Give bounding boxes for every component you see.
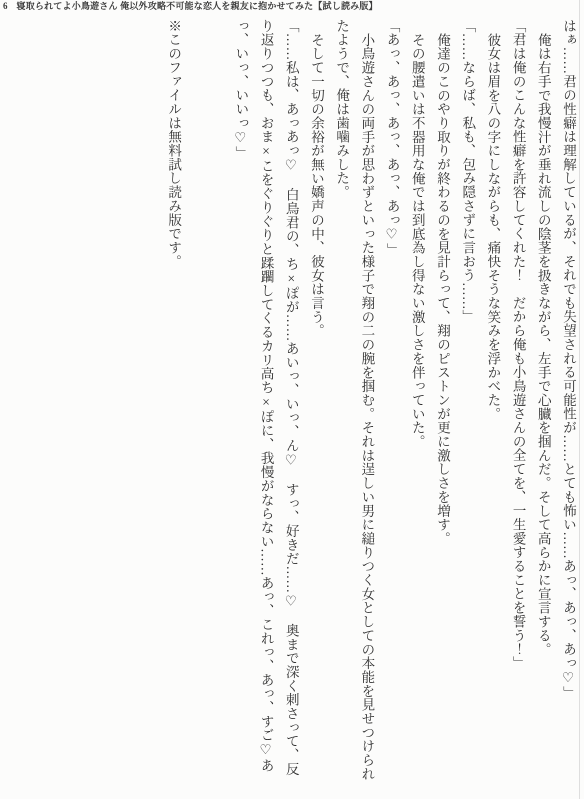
paragraph-line: 俺達のこのやり取りが終わるのを見計らって、翔のピストンが更に激しさを増す。 [430, 19, 455, 781]
paragraph-line: そして一切の余裕が無い嬌声の中、彼女は言う。 [304, 19, 329, 781]
paragraph-line: 俺は右手で我慢汁が垂れ流しの陰茎を扱きながら、左手で心臓を掴んだ。そして高らかに… [531, 19, 556, 781]
paragraph-line: 「君は俺のこんな性癖を許容してくれた！ だから俺も小鳥遊さんの全てを、一生愛する… [505, 19, 530, 781]
page-number: 6 [3, 1, 8, 12]
running-header: 6 寝取られてよ小鳥遊さん 俺以外攻略不可能な恋人を親友に抱かせてみた【試し読み… [3, 1, 378, 13]
ebook-page: 6 寝取られてよ小鳥遊さん 俺以外攻略不可能な恋人を親友に抱かせてみた【試し読み… [0, 0, 584, 799]
paragraph-line: 小鳥遊さんの両手が思わずといった様子で翔の二の腕を掴む。それは逞しい男に縋りつく… [329, 19, 379, 781]
document-title: 寝取られてよ小鳥遊さん 俺以外攻略不可能な恋人を親友に抱かせてみた【試し読み版】 [17, 1, 378, 12]
paragraph-line: 「……ならば、私も、包み隠さずに言おう……」 [455, 19, 480, 781]
paragraph-line: 「あっ、あっ、あっ、あっ、あっ♡」 [379, 19, 404, 781]
paragraph-line: その腰遣いは不器用な俺では到底為し得ない激しさを伴っていた。 [405, 19, 430, 781]
trial-note: ※このファイルは無料試し読み版です。 [161, 19, 186, 781]
paragraph-line: はぁ……君の性癖は理解しているが、それでも失望される可能性が……とても怖い……あ… [556, 19, 581, 781]
paragraph-line: 「……私は、あっあっ♡ 白鳥君の、ち×ぽが……あいっ、いっ、ん♡ すっ、好きだ…… [228, 19, 304, 781]
paragraph-line: 彼女は眉を八の字にしながらも、痛快そうな笑みを浮かべた。 [480, 19, 505, 781]
vertical-text-body: はぁ……君の性癖は理解しているが、それでも失望される可能性が……とても怖い……あ… [20, 19, 581, 781]
